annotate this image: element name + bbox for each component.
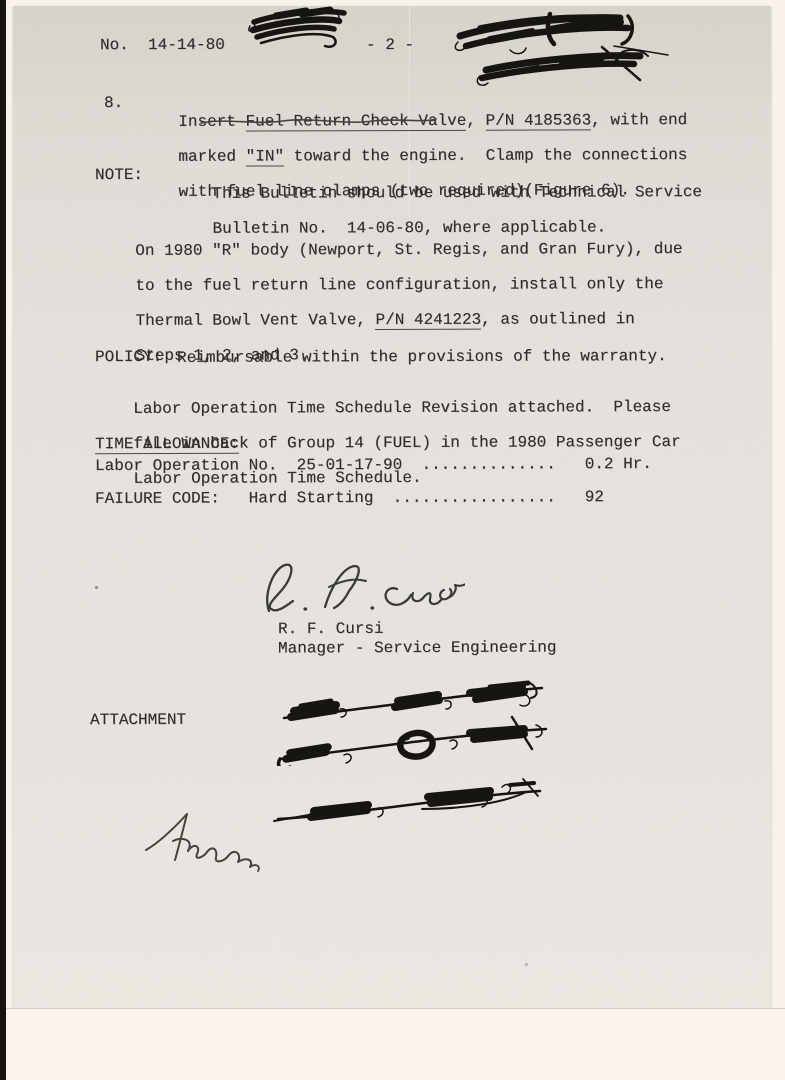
rbody-seg: , as outlined in xyxy=(481,310,635,329)
rbody-part-number-underlined: P/N 4241223 xyxy=(375,310,481,329)
scan-bottom-margin xyxy=(6,1008,785,1080)
time-allowance-heading: TIME ALLOWANCE: xyxy=(95,436,239,454)
redaction-scribble-lower xyxy=(270,774,552,824)
paper-sheet: No. 14-14-80 - 2 - 8. Insert Fuel Return… xyxy=(13,6,771,1008)
failure-code-line: FAILURE CODE: Hard Starting ............… xyxy=(95,489,604,508)
time-allowance-line: Labor Operation No. 25-01-17-90 ........… xyxy=(95,456,652,475)
rbody-seg: Thermal Bowl Vent Valve, xyxy=(135,311,375,330)
note-line1: This Bulletin should be used with Techni… xyxy=(212,183,702,203)
redaction-scribble-top-right-lower xyxy=(470,44,658,90)
rbody-line1: On 1980 "R" body (Newport, St. Regis, an… xyxy=(135,239,682,259)
redaction-scribble-top-left xyxy=(246,2,356,52)
step-8-line2: marked "IN" toward the engine. Clamp the… xyxy=(178,146,687,167)
scan-edge-strip xyxy=(0,0,6,1080)
pen-wavy-underline xyxy=(198,114,440,128)
rbody-line2: to the fuel return line configuration, i… xyxy=(135,275,663,295)
document-number: No. 14-14-80 xyxy=(100,37,225,55)
handwritten-signature-cursi xyxy=(253,553,465,625)
fold-crease-bottom xyxy=(273,906,275,1008)
scanned-document-page: { "header": { "doc_no": "No. 14-14-80", … xyxy=(0,0,785,1080)
step8-seg: , with end xyxy=(591,111,687,129)
step8-seg: marked xyxy=(178,147,245,165)
step-8-number: 8. xyxy=(104,95,123,113)
note-label: NOTE: xyxy=(95,167,143,185)
rbody-line3: Thermal Bowl Vent Valve, P/N 4241223, as… xyxy=(135,310,634,330)
typed-signature-name: R. F. Cursi xyxy=(278,621,384,639)
page-number: - 2 - xyxy=(366,37,414,55)
policy-label: POLICY: xyxy=(95,349,162,367)
step8-seg: , xyxy=(466,111,485,129)
redaction-scribble-mid-row2 xyxy=(272,714,560,766)
time-allowance-heading-text: TIME ALLOWANCE: xyxy=(95,435,239,455)
typed-signature-title: Manager - Service Engineering xyxy=(278,640,557,658)
labor-line1: Labor Operation Time Schedule Revision a… xyxy=(133,398,671,418)
policy-text: Reimbursable within the provisions of th… xyxy=(177,348,667,367)
handwritten-signature-bottom-left xyxy=(142,806,288,872)
dust-speck xyxy=(95,586,98,589)
step8-seg: toward the engine. Clamp the connections xyxy=(284,146,687,165)
step8-in-marking-underlined: "IN" xyxy=(246,147,284,166)
dust-speck xyxy=(525,963,528,966)
attachment-label: ATTACHMENT xyxy=(90,712,186,730)
step8-part-number-underlined: P/N 4185363 xyxy=(486,111,592,130)
